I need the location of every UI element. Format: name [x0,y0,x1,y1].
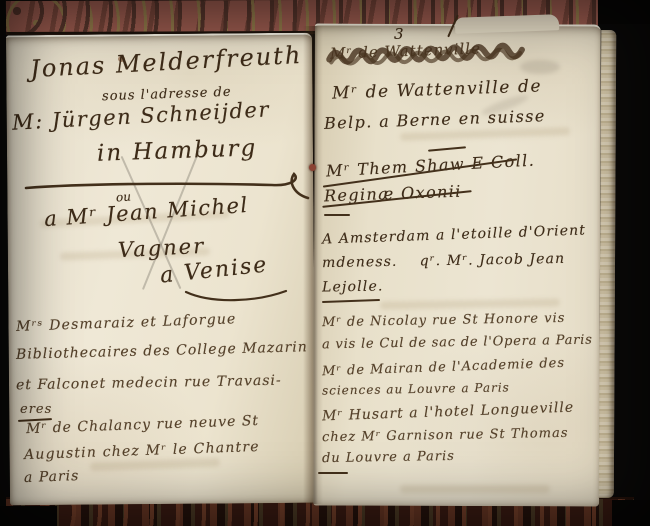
handwritten-line: mdeness. qʳ. Mʳ. Jacob Jean [322,252,565,270]
handwritten-line: Lejolle. [322,279,384,294]
page-number: 3 [394,27,404,42]
page-edge-stack [599,30,616,498]
dash-mark [324,214,350,216]
background-corner [612,500,650,526]
handwritten-line: eres [20,403,52,416]
manuscript-scan: Jonas Melderfreuth sous l'adresse de M: … [0,0,650,526]
dash-mark [318,472,348,474]
background-corner [598,0,650,24]
handwritten-line: in Hamburg [97,137,258,166]
handwritten-line: Vagner [118,236,206,262]
venise-flourish [182,288,292,306]
book-gutter [303,26,323,504]
divider-flourish [22,170,312,200]
handwritten-line: du Louvre a Paris [322,450,455,465]
ink-bleedthrough [400,485,550,493]
handwritten-line: a Paris [24,469,80,485]
background-corner [0,506,57,526]
handwritten-line: sciences au Louvre a Paris [322,381,510,396]
